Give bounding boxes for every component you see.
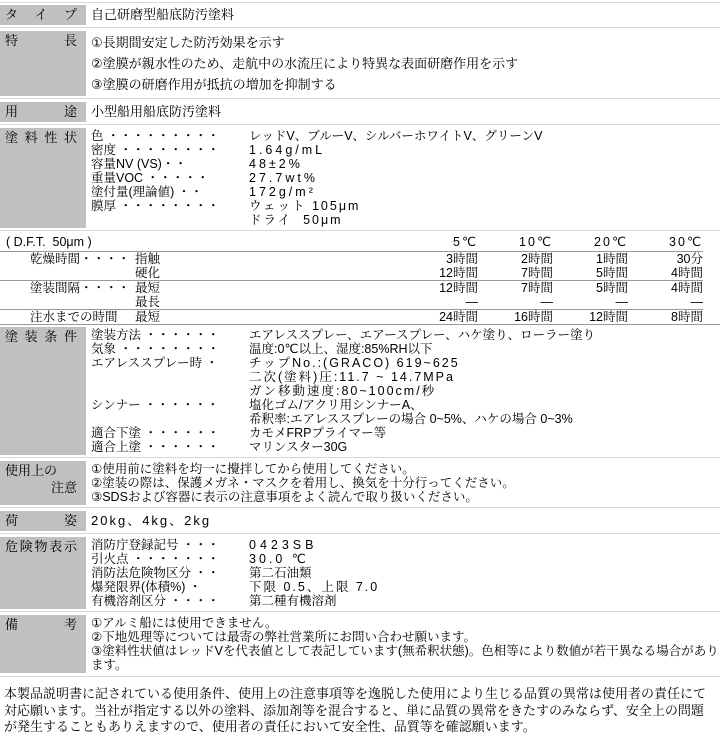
hazard-value: 0423SB [249,538,720,552]
hazard-key: 有機溶剤区分 ・・・・ [91,594,249,608]
paint-properties-label: 塗料性状 [5,129,77,146]
remarks-label: 備考 [5,616,77,633]
dft-value: 30分 [628,252,703,266]
dft-row: 注水までの時間 最短 24時間 16時間 12時間 8時間 [0,309,703,324]
property-key: 膜厚 ・・・・・・・・ [91,199,249,213]
section-rule [0,124,720,125]
use-label: 用途 [5,103,77,120]
condition-key: エアレススプレー時 ・ [91,356,249,370]
features-list: ①長期間安定した防汚効果を示す ②塗膜が親水性のため、走航中の水流圧により特異な… [86,31,720,96]
condition-key: 気象 ・・・・・・・・ [91,342,249,356]
use-content: 小型船用船底防汚塗料 [86,102,720,122]
section-use: 用途 小型船用船底防汚塗料 [0,102,720,122]
property-key [91,213,249,227]
dft-value: 12時間 [403,266,478,280]
condition-value: 塩化ゴム/アクリ用シンナーA、 [249,398,720,412]
condition-row: エアレススプレー時 ・チップNo.:(GRACO) 619~625 [91,356,720,370]
section-application-conditions: 塗装条件 塗装方法 ・・・・・・エアレススプレー、エアースプレー、ハケ塗り、ロー… [0,327,720,455]
dft-value: 4時間 [628,281,703,295]
dft-value: 2時間 [478,252,553,266]
condition-key [91,384,249,398]
dft-row: 乾燥時間・・・・ 指触 3時間 2時間 1時間 30分 [0,252,703,266]
type-label-cell: タイプ [0,5,86,25]
section-rule [0,457,720,458]
hazard-row: 消防庁登録記号 ・・・0423SB [91,538,720,552]
usage-notes-list: ①使用前に塗料を均一に攪拌してから使用してください。 ②塗装の際は、保護メガネ・… [86,461,720,505]
property-row: 色 ・・・・・・・・・レッドV、ブルーV、シルバーホワイトV、グリーンV [91,129,720,143]
condition-key: 適合下塗 ・・・・・・ [91,426,249,440]
dft-value: 7時間 [478,266,553,280]
condition-row: 気象 ・・・・・・・・温度:0℃以上、湿度:85%RH以下 [91,342,720,356]
feature-item: ①長期間安定した防汚効果を示す [91,32,720,53]
section-features: 特長 ①長期間安定した防汚効果を示す ②塗膜が親水性のため、走航中の水流圧により… [0,31,720,96]
hazard-row: 消防法危険物区分 ・・第二石油類 [91,566,720,580]
disclaimer-text: 本製品説明書に記されている使用条件、使用上の注意事項等を逸脱した使用により生じる… [0,686,720,733]
property-row: 重量VOC ・・・・・27.7wt% [91,171,720,185]
section-rule [0,98,720,99]
dft-value: 3時間 [403,252,478,266]
property-value: ドライ 50μm [249,213,720,227]
dft-value: 12時間 [553,310,628,324]
condition-key [91,412,249,426]
hazard-labeling-label: 危険物表示 [5,538,77,555]
condition-row: シンナー ・・・・・・塩化ゴム/アクリ用シンナーA、 [91,398,720,412]
property-row: 容量NV (VS)・・48±2% [91,157,720,171]
feature-item: ③塗膜の研磨作用が抵抗の増加を抑制する [91,74,720,95]
dft-value: 12時間 [403,281,478,295]
remark-item: ③塗料性状値はレッドVを代表値として表記しています(無希釈状態)。色相等により数… [91,644,720,672]
property-key: 容量NV (VS)・・ [91,157,249,171]
hazard-value: 下限 0.5、上限 7.0 [249,580,720,594]
dft-row-group: 乾燥時間・・・・ [30,252,135,266]
condition-row: 二次(塗料)圧:11.7 ~ 14.7MPa [91,370,720,384]
property-row: ドライ 50μm [91,213,720,227]
section-rule [0,533,720,534]
dft-row: 硬化 12時間 7時間 5時間 4時間 [0,266,703,280]
paint-properties-label-cell: 塗料性状 [0,128,86,228]
dft-value: 7時間 [478,281,553,295]
top-rule [0,2,720,3]
dft-table: ( D.F.T. 50μm ) 5℃ 10℃ 20℃ 30℃ 乾燥時間・・・・ … [0,234,720,325]
condition-value: 二次(塗料)圧:11.7 ~ 14.7MPa [249,370,720,384]
hazard-row: 爆発限界(体積%) ・下限 0.5、上限 7.0 [91,580,720,594]
features-label: 特長 [5,32,77,49]
features-label-cell: 特長 [0,31,86,96]
property-key: 重量VOC ・・・・・ [91,171,249,185]
section-usage-notes: 使用上の 注意 ①使用前に塗料を均一に攪拌してから使用してください。 ②塗装の際… [0,461,720,505]
condition-row: 適合下塗 ・・・・・・カモメFRPプライマー等 [91,426,720,440]
type-label: タイプ [5,6,77,23]
condition-row: 適合上塗 ・・・・・・マリンスター30G [91,440,720,454]
remarks-list: ①アルミ船には使用できません。 ②下地処理等については最寄の弊社営業所にお問い合… [86,615,720,673]
section-rule [0,676,720,677]
usage-notes-label-line1: 使用上の [5,462,77,479]
dft-caption: ( D.F.T. 50μm ) [0,234,403,251]
application-conditions-label: 塗装条件 [5,328,77,345]
paint-properties-list: 色 ・・・・・・・・・レッドV、ブルーV、シルバーホワイトV、グリーンV 密度 … [86,128,720,228]
section-remarks: 備考 ①アルミ船には使用できません。 ②下地処理等については最寄の弊社営業所にお… [0,615,720,673]
property-value: 48±2% [249,157,720,171]
property-row: 膜厚 ・・・・・・・・ウェット 105μm [91,199,720,213]
usage-note-item: ②塗装の際は、保護メガネ・マスクを着用し、換気を十分行ってください。 [91,476,720,490]
dft-value: 8時間 [628,310,703,324]
application-conditions-list: 塗装方法 ・・・・・・エアレススプレー、エアースプレー、ハケ塗り、ローラー塗り … [86,327,720,455]
hazard-row: 引火点 ・・・・・・・30.0 ℃ [91,552,720,566]
condition-value: マリンスター30G [249,440,720,454]
dft-row-group: 注水までの時間 [30,310,135,324]
dft-row-sub: 最長 [135,295,403,309]
condition-value: カモメFRPプライマー等 [249,426,720,440]
hazard-key: 爆発限界(体積%) ・ [91,580,249,594]
section-hazard-labeling: 危険物表示 消防庁登録記号 ・・・0423SB 引火点 ・・・・・・・30.0 … [0,537,720,609]
dft-col-header: 30℃ [628,234,703,251]
condition-value: 希釈率:エアレススプレーの場合 0~5%、ハケの場合 0~3% [249,412,720,426]
packaging-content: 20kg、4kg、2kg [86,511,720,531]
condition-value: 温度:0℃以上、湿度:85%RH以下 [249,342,720,356]
section-type: タイプ 自己研磨型船底防汚塗料 [0,5,720,25]
condition-value: エアレススプレー、エアースプレー、ハケ塗り、ローラー塗り [249,328,720,342]
packaging-label: 荷姿 [5,512,77,529]
packaging-label-cell: 荷姿 [0,511,86,531]
dft-value: 24時間 [403,310,478,324]
usage-notes-label-cell: 使用上の 注意 [0,461,86,505]
property-value: 1.64g/mL [249,143,720,157]
dft-row-sub: 指触 [135,252,403,266]
dft-value: 1時間 [553,252,628,266]
condition-key: 適合上塗 ・・・・・・ [91,440,249,454]
condition-key: シンナー ・・・・・・ [91,398,249,412]
hazard-labeling-label-cell: 危険物表示 [0,537,86,609]
usage-notes-label-line2: 注意 [5,479,77,496]
remark-item: ②下地処理等については最寄の弊社営業所にお問い合わせ願います。 [91,630,720,644]
dft-row: 塗装間隔・・・・ 最短 12時間 7時間 5時間 4時間 [0,280,703,295]
property-value: ウェット 105μm [249,199,720,213]
section-rule [0,230,720,231]
hazard-key: 消防法危険物区分 ・・ [91,566,249,580]
property-row: 密度 ・・・・・・・・1.64g/mL [91,143,720,157]
section-rule [0,27,720,28]
property-key: 密度 ・・・・・・・・ [91,143,249,157]
hazard-value: 第二石油類 [249,566,720,580]
condition-key: 塗装方法 ・・・・・・ [91,328,249,342]
dft-value: ― [628,295,703,309]
property-key: 塗付量(理論値) ・・ [91,185,249,199]
dft-value: 5時間 [553,266,628,280]
section-rule [0,507,720,508]
dft-value: 4時間 [628,266,703,280]
dft-row-sub: 最短 [135,281,403,295]
dft-row-group [30,266,135,280]
property-row: 塗付量(理論値) ・・172g/m² [91,185,720,199]
hazard-row: 有機溶剤区分 ・・・・第二種有機溶剤 [91,594,720,608]
condition-key [91,370,249,384]
property-value: レッドV、ブルーV、シルバーホワイトV、グリーンV [249,129,720,143]
hazard-value: 30.0 ℃ [249,552,720,566]
dft-row: 最長 ― ― ― ― [0,295,703,309]
property-value: 27.7wt% [249,171,720,185]
dft-row-sub: 最短 [135,310,403,324]
dft-value: ― [478,295,553,309]
usage-note-item: ③SDSおよび容器に表示の注意事項をよく読んで取り扱いください。 [91,490,720,504]
dft-col-header: 10℃ [478,234,553,251]
dft-value: ― [553,295,628,309]
section-rule [0,611,720,612]
condition-value: ガン移動速度:80~100cm/秒 [249,384,720,398]
use-label-cell: 用途 [0,102,86,122]
dft-value: 5時間 [553,281,628,295]
dft-value: 16時間 [478,310,553,324]
dft-header-row: ( D.F.T. 50μm ) 5℃ 10℃ 20℃ 30℃ [0,234,703,252]
condition-row: ガン移動速度:80~100cm/秒 [91,384,720,398]
dft-row-sub: 硬化 [135,266,403,280]
remarks-label-cell: 備考 [0,615,86,673]
section-paint-properties: 塗料性状 色 ・・・・・・・・・レッドV、ブルーV、シルバーホワイトV、グリーン… [0,128,720,228]
remark-item: ①アルミ船には使用できません。 [91,616,720,630]
application-conditions-label-cell: 塗装条件 [0,327,86,455]
condition-value: チップNo.:(GRACO) 619~625 [249,356,720,370]
dft-col-header: 5℃ [403,234,478,251]
dft-value: ― [403,295,478,309]
dft-row-group: 塗装間隔・・・・ [30,281,135,295]
feature-item: ②塗膜が親水性のため、走航中の水流圧により特異な表面研磨作用を示す [91,53,720,74]
type-content: 自己研磨型船底防汚塗料 [86,5,720,25]
hazard-key: 引火点 ・・・・・・・ [91,552,249,566]
usage-note-item: ①使用前に塗料を均一に攪拌してから使用してください。 [91,462,720,476]
dft-col-header: 20℃ [553,234,628,251]
condition-row: 希釈率:エアレススプレーの場合 0~5%、ハケの場合 0~3% [91,412,720,426]
section-packaging: 荷姿 20kg、4kg、2kg [0,511,720,531]
hazard-labeling-list: 消防庁登録記号 ・・・0423SB 引火点 ・・・・・・・30.0 ℃ 消防法危… [86,537,720,609]
property-value: 172g/m² [249,185,720,199]
property-key: 色 ・・・・・・・・・ [91,129,249,143]
dft-row-group [30,295,135,309]
hazard-key: 消防庁登録記号 ・・・ [91,538,249,552]
hazard-value: 第二種有機溶剤 [249,594,720,608]
condition-row: 塗装方法 ・・・・・・エアレススプレー、エアースプレー、ハケ塗り、ローラー塗り [91,328,720,342]
